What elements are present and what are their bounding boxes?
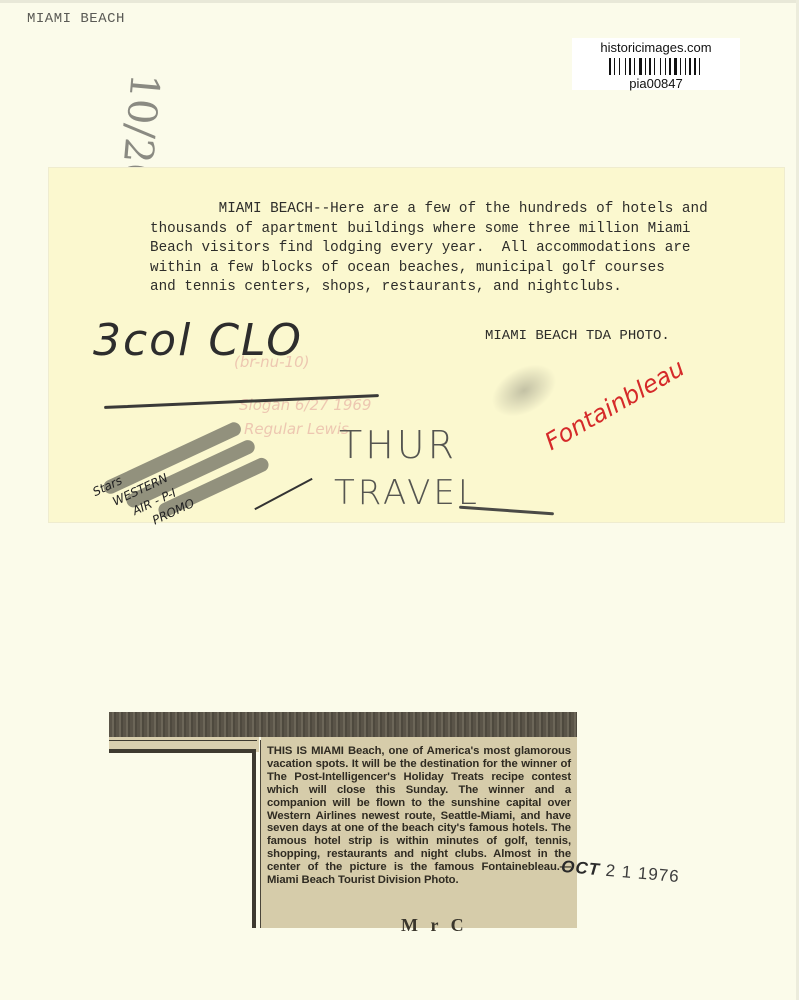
clipping-rule (252, 749, 256, 928)
handwritten-layout-note: 3col CLO (93, 315, 303, 366)
barcode-code: pia00847 (572, 77, 740, 90)
clipping-rule (109, 749, 254, 753)
clipping-text: THIS IS MIAMI Beach, one of America's mo… (267, 745, 571, 887)
barcode-site: historicimages.com (572, 40, 740, 55)
clipping-body: THIS IS MIAMI Beach, one of America's mo… (261, 737, 577, 928)
photo-credit: MIAMI BEACH TDA PHOTO. (485, 328, 670, 344)
pencil-smudge (482, 354, 565, 428)
date-stamp: OCT 2 1 1976 (560, 857, 680, 887)
handwritten-day: THUR (339, 423, 457, 467)
barcode-label: historicimages.com pia00847 (572, 38, 740, 90)
clipping-photo-edge (109, 712, 577, 737)
date-stamp-month: OCT (560, 857, 600, 879)
clipping-partial-heading: M r C (401, 915, 468, 936)
page-edge (0, 0, 799, 3)
clipping-rule (109, 740, 257, 741)
caption-sheet: (br-nu-10) Slogan 6/27 1969 Regular Lewi… (49, 168, 784, 522)
date-stamp-day-year: 2 1 1976 (605, 861, 681, 886)
header-label: MIAMI BEACH (27, 11, 125, 27)
handwritten-section: TRAVEL (334, 473, 480, 513)
barcode-icon (597, 58, 715, 75)
newspaper-clipping: THIS IS MIAMI Beach, one of America's mo… (109, 712, 577, 928)
typed-caption: MIAMI BEACH--Here are a few of the hundr… (150, 200, 780, 298)
red-handwritten-note: Fontainbleau (540, 354, 689, 456)
